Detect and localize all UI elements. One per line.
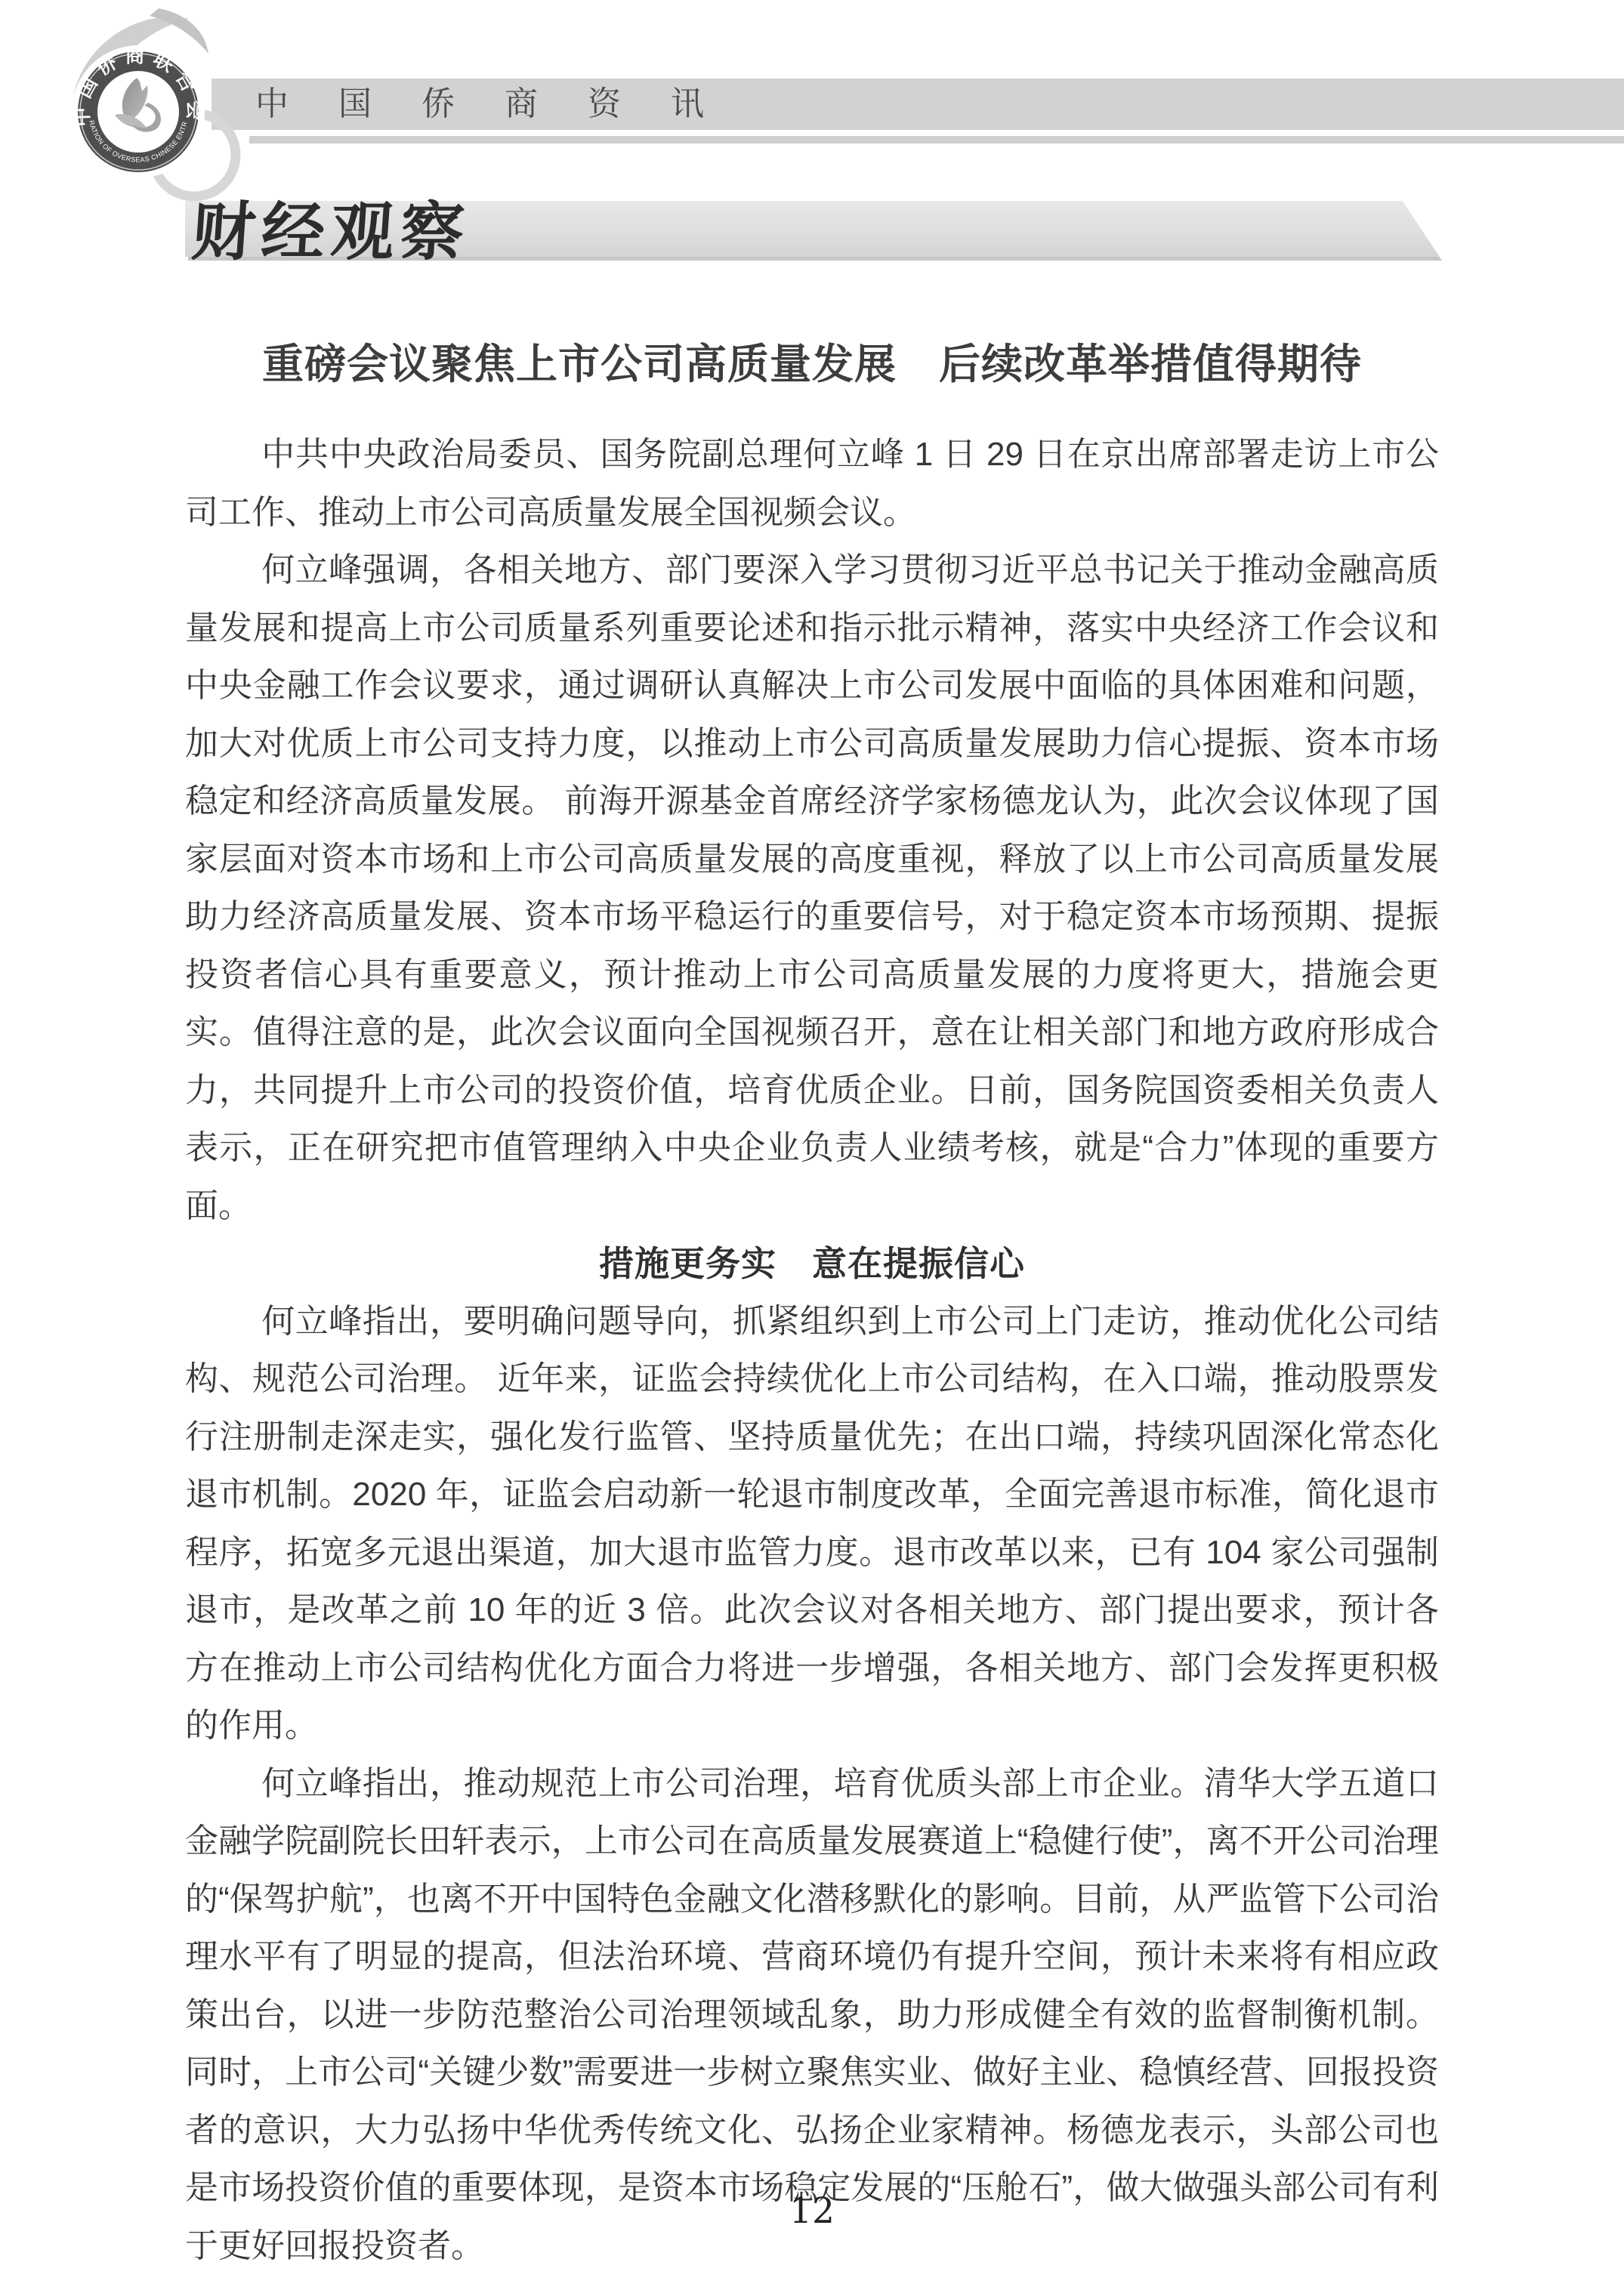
page: 中国侨商资讯 中国 xyxy=(0,0,1624,2293)
section-banner-label: 财经观察 xyxy=(190,201,472,266)
masthead-title: 中国侨商资讯 xyxy=(255,79,754,130)
masthead-underline xyxy=(249,136,1624,144)
article-subheading: 措施更务实 意在提振信心 xyxy=(185,1235,1439,1293)
federation-logo-icon: 中国侨商联合会 CHINA FEDERATION OF OVERSEAS CHI… xyxy=(45,4,272,223)
article-body: 中共中央政治局委员、国务院副总理何立峰 1 日 29 日在京出席部署走访上市公司… xyxy=(185,426,1439,2275)
page-number: 12 xyxy=(0,2190,1624,2232)
article-title: 重磅会议聚焦上市公司高质量发展 后续改革举措值得期待 xyxy=(185,337,1439,391)
paragraph: 何立峰强调，各相关地方、部门要深入学习贯彻习近平总书记关于推动金融高质量发展和提… xyxy=(185,542,1439,1235)
paragraph: 中共中央政治局委员、国务院副总理何立峰 1 日 29 日在京出席部署走访上市公司… xyxy=(185,426,1439,542)
paragraph: 何立峰指出，要明确问题导向，抓紧组织到上市公司上门走访，推动优化公司结构、规范公… xyxy=(185,1293,1439,1755)
